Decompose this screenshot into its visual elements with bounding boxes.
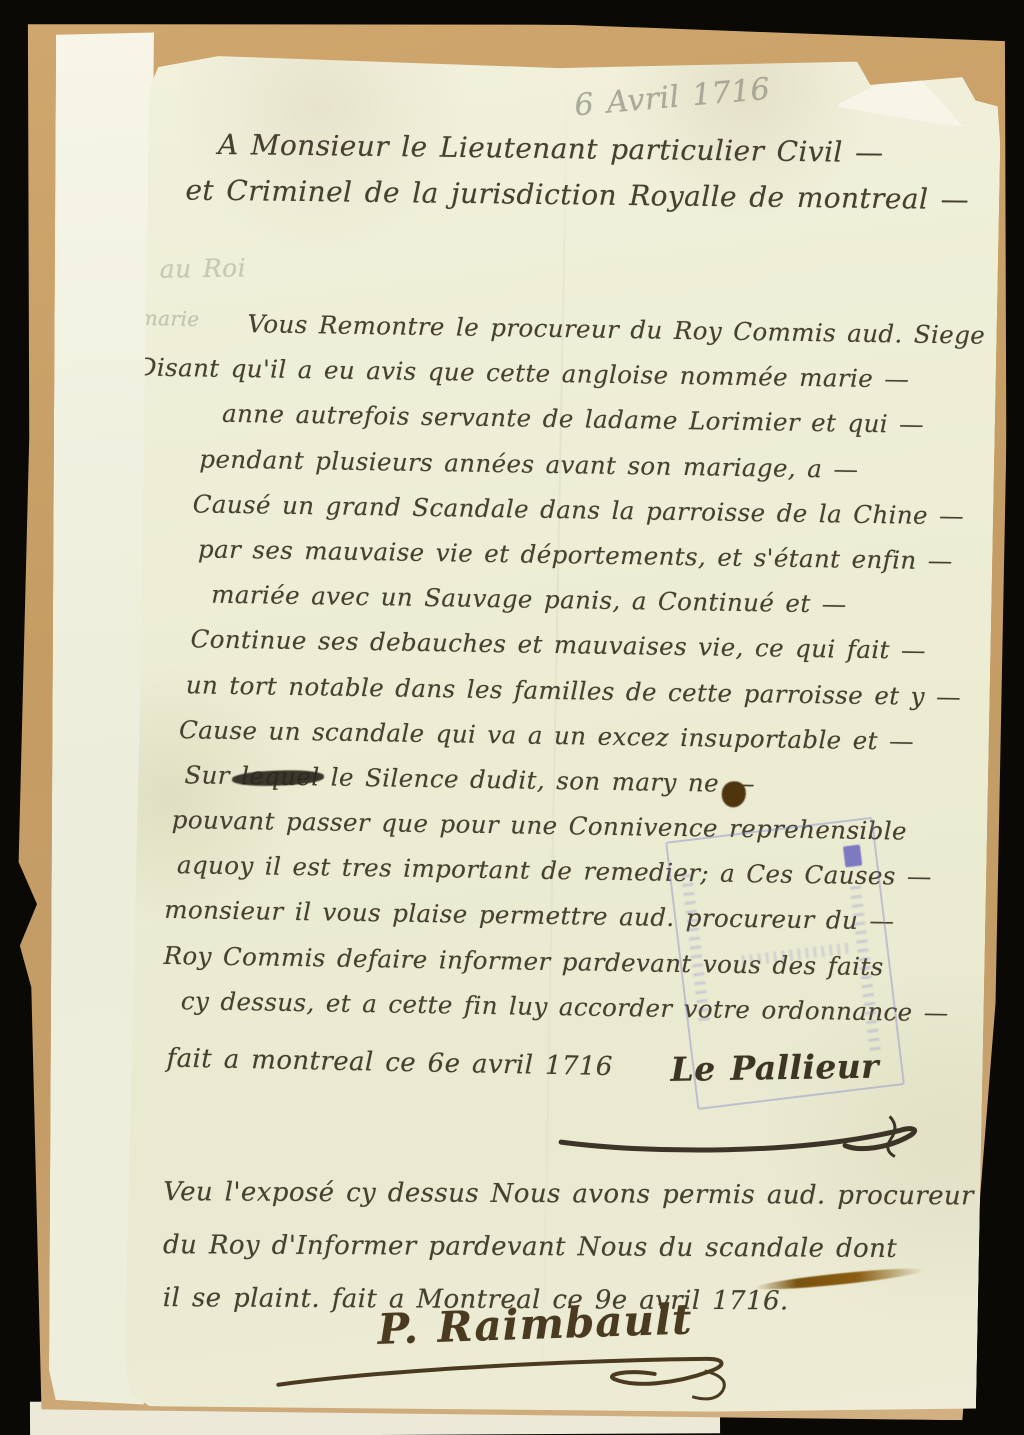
stamp-ink-mark	[843, 845, 862, 868]
petition-body: Vous Remontre le procureur du Roy Commis…	[175, 300, 1022, 1036]
petition-dateline: fait a montreal ce 6e avril 1716	[166, 1044, 613, 1083]
pencil-date-annotation: 6 Avril 1716	[573, 72, 772, 124]
address-line: et Criminel de la jurisdiction Royalle d…	[185, 168, 969, 224]
stamp-smudge	[741, 942, 852, 966]
signature-raimbault-flourish	[274, 1337, 755, 1406]
address-block: A Monsieur le Lieutenant particulier Civ…	[217, 122, 970, 223]
manuscript-page: 6 Avril 1716 au Roi marie A Monsieur le …	[124, 48, 1002, 1422]
stamp-smudge	[849, 881, 880, 1051]
order-line: du Roy d'Informer pardevant Nous du scan…	[163, 1219, 974, 1276]
signature-flourish	[559, 1108, 940, 1165]
archival-stamp	[665, 817, 905, 1110]
pencil-note-annotation: au Roi	[160, 253, 247, 283]
photo-backdrop: 6 Avril 1716 au Roi marie A Monsieur le …	[0, 0, 1024, 1435]
stamp-smudge	[681, 871, 710, 1021]
order-line: Veu l'exposé cy dessus Nous avons permis…	[163, 1166, 974, 1223]
